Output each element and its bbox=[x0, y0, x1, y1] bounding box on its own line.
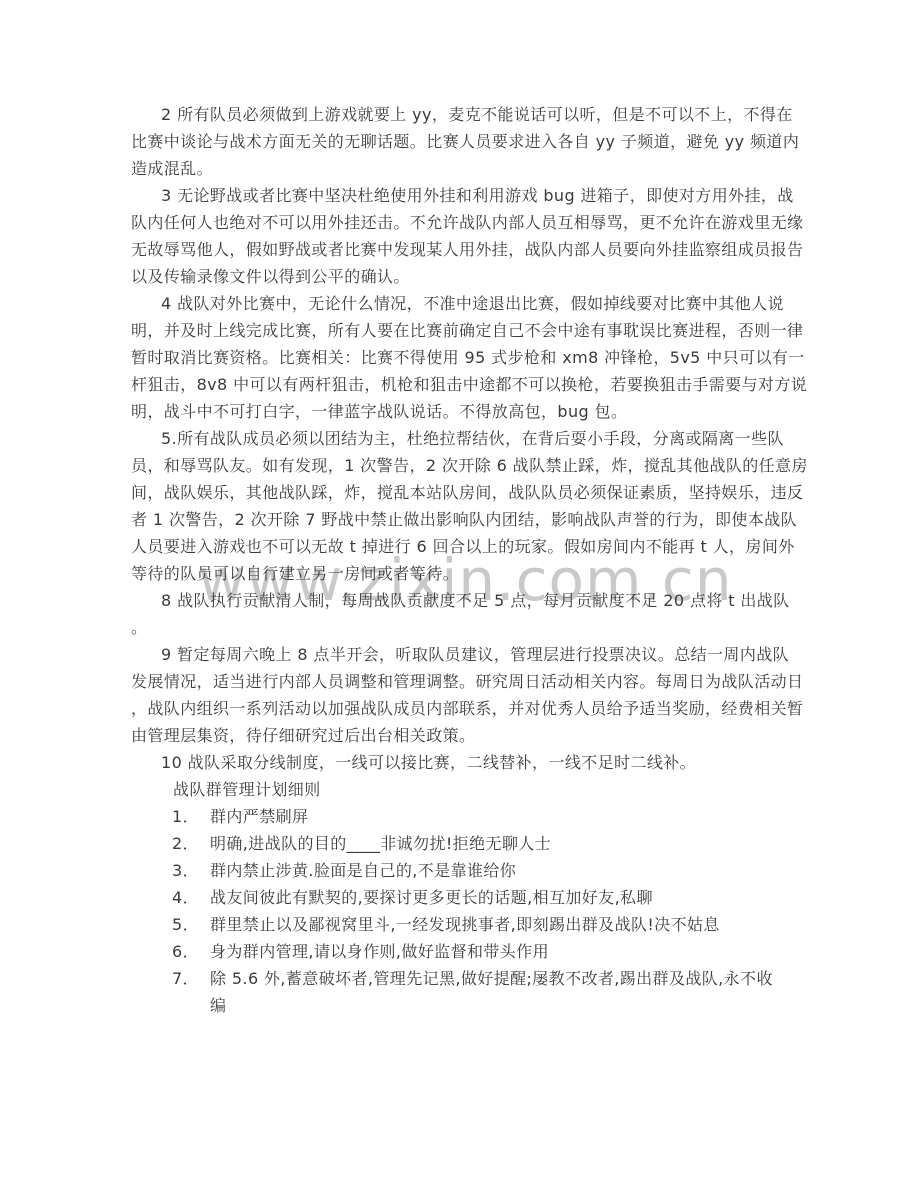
paragraph: 5.所有战队成员必须以团结为主，杜绝拉帮结伙，在背后耍小手段，分离或隔离一些队员… bbox=[131, 425, 803, 587]
paragraph-line: 由管理层集资，待仔细研究过后出台相关政策。 bbox=[131, 722, 803, 749]
paragraph-line: 者 1 次警告，2 次开除 7 野战中禁止做出影响队内团结，影响战队声誉的行为，… bbox=[131, 506, 803, 533]
list-item-text: 群内禁止涉黄.脸面是自己的,不是靠谁给你 bbox=[210, 857, 803, 884]
list-item-number: 2． bbox=[172, 830, 210, 857]
paragraph-line: 5.所有战队成员必须以团结为主，杜绝拉帮结伙，在背后耍小手段，分离或隔离一些队 bbox=[131, 425, 803, 452]
list-item: 5．群里禁止以及鄙视窝里斗,一经发现挑事者,即刻踢出群及战队!决不姑息 bbox=[131, 911, 803, 938]
list-item: 1．群内严禁刷屏 bbox=[131, 803, 803, 830]
list-item-line: 群内严禁刷屏 bbox=[210, 803, 803, 830]
list-item-line: 编 bbox=[210, 992, 803, 1019]
list-item-text: 群里禁止以及鄙视窝里斗,一经发现挑事者,即刻踢出群及战队!决不姑息 bbox=[210, 911, 803, 938]
paragraph-line: 杆狙击，8v8 中可以有两杆狙击，机枪和狙击中途都不可以换枪，若要换狙击手需要与… bbox=[131, 371, 803, 398]
list-item: 2．明确,进战队的目的____非诚勿扰!拒绝无聊人士 bbox=[131, 830, 803, 857]
list-item-number: 3． bbox=[172, 857, 210, 884]
paragraph-line: ，战队内组织一系列活动以加强战队成员内部联系，并对优秀人员给予适当奖励，经费相关… bbox=[131, 695, 803, 722]
paragraph-line: 比赛中谈论与战术方面无关的无聊话题。比赛人员要求进入各自 yy 子频道，避免 y… bbox=[131, 128, 803, 155]
paragraph-line: 人员要进入游戏也不可以无故 t 掉进行 6 回合以上的玩家。假如房间内不能再 t… bbox=[131, 533, 803, 560]
paragraph-line: 10 战队采取分线制度，一线可以接比赛，二线替补，一线不足时二线补。 bbox=[131, 749, 803, 776]
paragraph-line: 暂时取消比赛资格。比赛相关：比赛不得使用 95 式步枪和 xm8 冲锋枪，5v5… bbox=[131, 344, 803, 371]
list-item: 4．战友间彼此有默契的,要探讨更多更长的话题,相互加好友,私聊 bbox=[131, 884, 803, 911]
paragraph-line: 8 战队执行贡献清人制，每周战队贡献度不足 5 点，每月贡献度不足 20 点将 … bbox=[131, 587, 803, 614]
list-item-number: 1． bbox=[172, 803, 210, 830]
list-item-number: 7． bbox=[172, 965, 210, 992]
paragraph-line: 造成混乱。 bbox=[131, 155, 803, 182]
list-item: 7．除 5.6 外,蓄意破坏者,管理先记黑,做好提醒;屡教不改者,踢出群及战队,… bbox=[131, 965, 803, 1019]
paragraph: 3 无论野战或者比赛中坚决杜绝使用外挂和利用游戏 bug 进箱子，即使对方用外挂… bbox=[131, 182, 803, 290]
document-page: www.zixin.com.cn 2 所有队员必须做到上游戏就要上 yy，麦克不… bbox=[0, 0, 920, 1191]
document-content: 2 所有队员必须做到上游戏就要上 yy，麦克不能说话可以听，但是不可以不上，不得… bbox=[131, 101, 803, 1019]
list-item-line: 身为群内管理,请以身作则,做好监督和带头作用 bbox=[210, 938, 803, 965]
paragraph-line: 以及传输录像文件以得到公平的确认。 bbox=[131, 263, 803, 290]
paragraph: 4 战队对外比赛中，无论什么情况，不准中途退出比赛，假如掉线要对比赛中其他人说明… bbox=[131, 290, 803, 425]
paragraph-line: 无故辱骂他人，假如野战或者比赛中发现某人用外挂，战队内部人员要向外挂监察组成员报… bbox=[131, 236, 803, 263]
paragraph: 2 所有队员必须做到上游戏就要上 yy，麦克不能说话可以听，但是不可以不上，不得… bbox=[131, 101, 803, 182]
paragraph-line: 。 bbox=[131, 614, 803, 641]
list-item-number: 4． bbox=[172, 884, 210, 911]
list-item-text: 明确,进战队的目的____非诚勿扰!拒绝无聊人士 bbox=[210, 830, 803, 857]
paragraph-line: 队内任何人也绝对不可以用外挂还击。不允许战队内部人员互相辱骂，更不允许在游戏里无… bbox=[131, 209, 803, 236]
list-item-line: 群里禁止以及鄙视窝里斗,一经发现挑事者,即刻踢出群及战队!决不姑息 bbox=[210, 911, 803, 938]
paragraph-line: 2 所有队员必须做到上游戏就要上 yy，麦克不能说话可以听，但是不可以不上，不得… bbox=[131, 101, 803, 128]
rules-list: 1．群内严禁刷屏2．明确,进战队的目的____非诚勿扰!拒绝无聊人士3．群内禁止… bbox=[131, 803, 803, 1019]
list-item-text: 群内严禁刷屏 bbox=[210, 803, 803, 830]
paragraph-line: 员，和辱骂队友。如有发现，1 次警告，2 次开除 6 战队禁止踩，炸，搅乱其他战… bbox=[131, 452, 803, 479]
list-item-line: 明确,进战队的目的____非诚勿扰!拒绝无聊人士 bbox=[210, 830, 803, 857]
list-item-line: 群内禁止涉黄.脸面是自己的,不是靠谁给你 bbox=[210, 857, 803, 884]
paragraph: 8 战队执行贡献清人制，每周战队贡献度不足 5 点，每月贡献度不足 20 点将 … bbox=[131, 587, 803, 641]
paragraph-line: 明，战斗中不可打白字，一律蓝字战队说话。不得放高包，bug 包。 bbox=[131, 398, 803, 425]
list-item-line: 战友间彼此有默契的,要探讨更多更长的话题,相互加好友,私聊 bbox=[210, 884, 803, 911]
list-item-text: 除 5.6 外,蓄意破坏者,管理先记黑,做好提醒;屡教不改者,踢出群及战队,永不… bbox=[210, 965, 803, 1019]
paragraph-line: 间，战队娱乐，其他战队踩，炸，搅乱本站队房间，战队队员必须保证素质，坚持娱乐，违… bbox=[131, 479, 803, 506]
paragraph-line: 发展情况，适当进行内部人员调整和管理调整。研究周日活动相关内容。每周日为战队活动… bbox=[131, 668, 803, 695]
paragraph: 9 暂定每周六晚上 8 点半开会，听取队员建议，管理层进行投票决议。总结一周内战… bbox=[131, 641, 803, 749]
list-item-number: 5． bbox=[172, 911, 210, 938]
paragraph-line: 等待的队员可以自行建立另一房间或者等待。 bbox=[131, 560, 803, 587]
paragraphs-block: 2 所有队员必须做到上游戏就要上 yy，麦克不能说话可以听，但是不可以不上，不得… bbox=[131, 101, 803, 776]
list-item-number: 6． bbox=[172, 938, 210, 965]
section-heading: 战队群管理计划细则 bbox=[131, 776, 803, 803]
paragraph-line: 4 战队对外比赛中，无论什么情况，不准中途退出比赛，假如掉线要对比赛中其他人说 bbox=[131, 290, 803, 317]
list-item: 3．群内禁止涉黄.脸面是自己的,不是靠谁给你 bbox=[131, 857, 803, 884]
paragraph-line: 3 无论野战或者比赛中坚决杜绝使用外挂和利用游戏 bug 进箱子，即使对方用外挂… bbox=[131, 182, 803, 209]
list-item-text: 战友间彼此有默契的,要探讨更多更长的话题,相互加好友,私聊 bbox=[210, 884, 803, 911]
list-item-text: 身为群内管理,请以身作则,做好监督和带头作用 bbox=[210, 938, 803, 965]
paragraph: 10 战队采取分线制度，一线可以接比赛，二线替补，一线不足时二线补。 bbox=[131, 749, 803, 776]
paragraph-line: 明，并及时上线完成比赛，所有人要在比赛前确定自己不会中途有事耽误比赛进程，否则一… bbox=[131, 317, 803, 344]
paragraph-line: 9 暂定每周六晚上 8 点半开会，听取队员建议，管理层进行投票决议。总结一周内战… bbox=[131, 641, 803, 668]
list-item: 6．身为群内管理,请以身作则,做好监督和带头作用 bbox=[131, 938, 803, 965]
list-item-line: 除 5.6 外,蓄意破坏者,管理先记黑,做好提醒;屡教不改者,踢出群及战队,永不… bbox=[210, 965, 803, 992]
